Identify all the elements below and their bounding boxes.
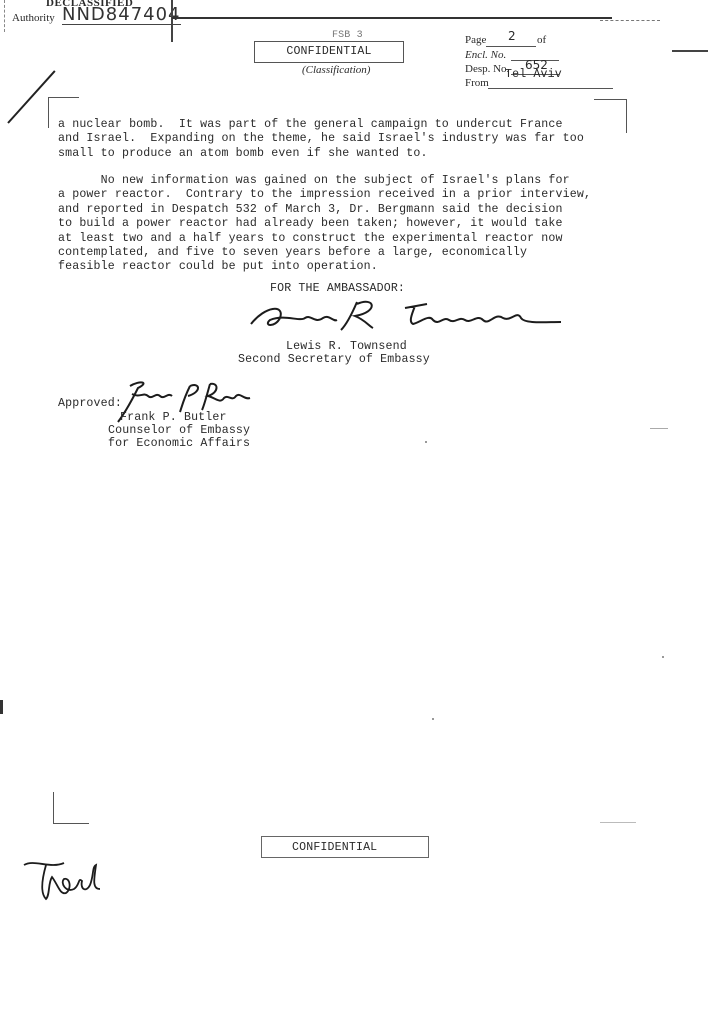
bracket-mark [594, 99, 627, 133]
scan-speck [662, 656, 664, 658]
from-label: From [465, 77, 489, 89]
file-mark: FSB 3 [332, 30, 363, 41]
header-rule [172, 17, 612, 19]
approver-title-line: Counselor of Embassy [108, 424, 250, 437]
scan-speck [425, 441, 427, 443]
scan-mark [650, 428, 668, 429]
despatch-label: Desp. No. [465, 63, 509, 75]
approver-title-line: for Economic Affairs [108, 437, 250, 450]
townsend-signature [245, 296, 565, 336]
stamp-border [171, 0, 173, 42]
for-ambassador-line: FOR THE AMBASSADOR: [270, 282, 405, 295]
approver-name: Frank P. Butler [120, 411, 227, 424]
authority-value: NND847404 [62, 6, 181, 25]
body-paragraph: No new information was gained on the sub… [58, 174, 591, 275]
signer-name: Lewis R. Townsend [286, 340, 407, 353]
page-line [486, 46, 536, 47]
of-label: of [537, 34, 546, 46]
body-paragraph: a nuclear bomb. It was part of the gener… [58, 118, 584, 161]
classification-caption: (Classification) [302, 64, 370, 76]
bracket-mark [53, 792, 89, 824]
page-label: Page [465, 34, 486, 46]
from-value: Tel Aviv [505, 68, 562, 81]
authority-label: Authority [12, 12, 55, 24]
classification-box: CONFIDENTIAL [254, 41, 404, 63]
signer-title: Second Secretary of Embassy [238, 353, 430, 366]
scan-edge-mark [0, 700, 3, 714]
scan-speck [432, 718, 434, 720]
page-number: 2 [508, 29, 516, 43]
encl-label: Encl. No. [465, 49, 506, 61]
from-line [488, 88, 613, 89]
footer-classification-text: CONFIDENTIAL [292, 841, 377, 854]
scan-mark [600, 822, 636, 823]
classification-text: CONFIDENTIAL [255, 45, 403, 58]
handwritten-initials [20, 855, 110, 905]
footer-classification-box: CONFIDENTIAL [261, 836, 429, 858]
stamp-border [4, 0, 5, 32]
header-rule [600, 20, 660, 21]
margin-dash [672, 50, 708, 52]
